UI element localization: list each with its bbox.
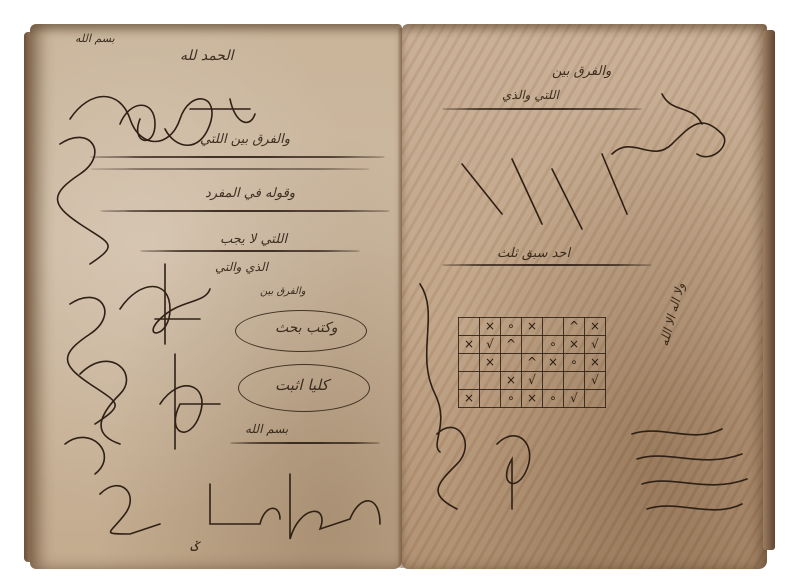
grid-cell: ∘ (501, 318, 522, 336)
left-bottom-line: بسم الله (245, 422, 288, 436)
knot-ornament-center-left (110, 259, 230, 349)
grid-cell (480, 390, 501, 408)
grid-cell (564, 372, 585, 390)
left-small-line: والفرق بين (260, 286, 306, 297)
grid-row: ×√^∘×√ (459, 336, 606, 354)
grid-cell: × (459, 390, 480, 408)
grid-row: ×∘×∘√ (459, 390, 606, 408)
grid-cell: √ (564, 390, 585, 408)
grid-cell (522, 336, 543, 354)
grid-cell: √ (522, 372, 543, 390)
grid-cell: × (459, 336, 480, 354)
grid-cell: √ (480, 336, 501, 354)
oval-1-text: وكتب بحث (275, 320, 338, 336)
open-manuscript: بسم الله الحمد لله والفرق بين اللتي وقول… (30, 24, 775, 569)
grid-cell: × (585, 354, 606, 372)
left-ink-line (230, 442, 380, 444)
grid-cell (459, 354, 480, 372)
left-header-line-2: الحمد لله (180, 48, 234, 64)
right-page: والفرق بين اللتي والذي احد سبق ثلث ولا ا… (402, 24, 767, 569)
oval-2-text: كليا اثبت (275, 376, 329, 394)
grid-cell: √ (585, 336, 606, 354)
grid-cell (459, 372, 480, 390)
grid-cell: ∘ (501, 390, 522, 408)
magic-square-grid: ×∘×^× ×√^∘×√ ×^×∘× ×√√ ×∘×∘√ (458, 317, 606, 408)
grid-cell (501, 354, 522, 372)
grid-cell: × (480, 354, 501, 372)
grid-cell: ∘ (543, 336, 564, 354)
grid-cell: × (522, 318, 543, 336)
grid-cell: × (585, 318, 606, 336)
grid-cell (543, 318, 564, 336)
grid-cell (480, 372, 501, 390)
grid-row: ×∘×^× (459, 318, 606, 336)
grid-cell: × (522, 390, 543, 408)
grid-cell: × (564, 336, 585, 354)
grid-cell: ∘ (564, 354, 585, 372)
left-body-line-3: اللتي لا يجب (220, 232, 287, 247)
grid-cell: ^ (522, 354, 543, 372)
right-page-edge (763, 30, 775, 550)
knot-ornament-right-page (417, 414, 547, 514)
left-page: بسم الله الحمد لله والفرق بين اللتي وقول… (30, 24, 402, 569)
left-body-line-2: وقوله في المفرد (205, 186, 295, 201)
right-middle-line: احد سبق ثلث (497, 246, 570, 261)
bottom-right-scribbles (622, 414, 762, 534)
grid-row: ×^×∘× (459, 354, 606, 372)
grid-cell: × (480, 318, 501, 336)
right-ink-line (442, 264, 652, 266)
grid-cell (543, 372, 564, 390)
knot-ornament-bottom (90, 464, 390, 544)
grid-cell: √ (585, 372, 606, 390)
right-side-text: ولا اله الا الله (657, 281, 687, 347)
left-ink-line (140, 250, 360, 252)
knot-ornament-lower-left (60, 344, 240, 454)
grid-row: ×√√ (459, 372, 606, 390)
small-mark: ݢ (190, 539, 198, 555)
grid-cell: ∘ (543, 390, 564, 408)
diagonal-script-strokes (452, 144, 672, 244)
left-ink-line (90, 168, 370, 170)
left-header-line-1: بسم الله (75, 32, 115, 45)
grid-cell (585, 390, 606, 408)
grid-cell: ^ (564, 318, 585, 336)
grid-cell: × (501, 372, 522, 390)
grid-cell (459, 318, 480, 336)
left-ink-line (100, 210, 390, 212)
right-top-line-2: اللتي والذي (502, 88, 559, 102)
grid-cell: × (543, 354, 564, 372)
grid-cell: ^ (501, 336, 522, 354)
